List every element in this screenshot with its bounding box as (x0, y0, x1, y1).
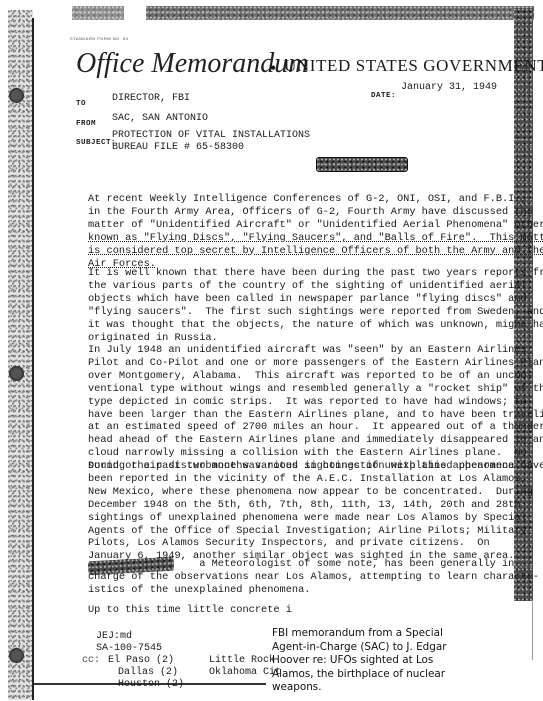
text-line: During the past two months various sight… (88, 460, 508, 473)
text-line: a Meteorologist of some note, has been g… (88, 558, 508, 571)
scan-margin (8, 10, 33, 700)
cc-item: Houston (2) (118, 679, 184, 690)
text-line: Agents of the Office of Special Investig… (88, 525, 508, 538)
paragraph-4: During the past two months various sight… (88, 460, 508, 563)
punch-hole-icon (9, 88, 24, 103)
typist-initials: JEJ:md (96, 631, 132, 642)
text-line: been reported in the vicinity of the A.E… (88, 473, 508, 486)
text-line: istics of the unexplained phenomena. (88, 584, 508, 597)
paragraph-5: a Meteorologist of some note, has been g… (88, 558, 508, 597)
text-line: in the Fourth Army Area, Officers of G-2… (88, 206, 508, 219)
paragraph-6: Up to this time little concrete i (88, 604, 508, 617)
text-line: Pilot and Co-Pilot and one or more passe… (88, 357, 508, 370)
scan-border-top (72, 6, 124, 20)
cc-label: cc: (82, 655, 100, 666)
text-line: is considered top secret by Intelligence… (88, 245, 508, 258)
date-value: January 31, 1949 (401, 82, 497, 93)
text-line: "flying saucers". The first such sightin… (88, 306, 508, 319)
file-reference: SA-100-7545 (96, 643, 162, 654)
text-line: the various parts of the country of the … (88, 280, 508, 293)
text-line: sightings of unexplained phenomena were … (88, 512, 508, 525)
text-line: matter of "Unidentified Aircraft" or "Un… (88, 219, 508, 232)
punch-hole-icon (9, 366, 24, 381)
punch-hole-icon (9, 648, 24, 663)
text-line: cloud narrowly missing a collision with … (88, 447, 508, 460)
text-line: At recent Weekly Intelligence Conference… (88, 193, 508, 206)
issuer: UNITED STATES GOVERNMENT (284, 56, 543, 76)
text-line: originated in Russia. (88, 332, 508, 345)
paragraph-1: At recent Weekly Intelligence Conference… (88, 193, 508, 270)
text-line: known as "Flying Discs", "Flying Saucers… (88, 232, 508, 245)
subject-label: SUBJECT: (76, 139, 116, 147)
cc-item: El Paso (2) (108, 655, 174, 666)
cc-item: Dallas (2) (118, 667, 178, 678)
text-line: objects which have been called in newspa… (88, 293, 508, 306)
paragraph-2: It is well known that there have been du… (88, 267, 508, 344)
cc-item: Oklahoma Cit (209, 667, 281, 678)
text-line: head ahead of the Eastern Airlines plane… (88, 434, 508, 447)
text-line: ventional type without wings and resembl… (88, 383, 508, 396)
text-line: type depicted in comic strips. It was re… (88, 396, 508, 409)
page-edge (32, 18, 34, 700)
from-label: FROM (76, 120, 96, 128)
text-line: Pilots, Los Alamos Security Inspectors, … (88, 537, 508, 550)
subject-line-2: BUREAU FILE # 65-58300 (112, 142, 244, 153)
paragraph-3: In July 1948 an unidentified aircraft wa… (88, 344, 508, 473)
from-value: SAC, SAN ANTONIO (112, 113, 208, 124)
text-line: New Mexico, where these phenomena now ap… (88, 486, 508, 499)
text-line: have been larger than the Eastern Airlin… (88, 409, 508, 422)
image-caption: FBI memorandum from a Special Agent-in-C… (272, 627, 472, 695)
text-line: at an estimated speed of 2700 miles an h… (88, 421, 508, 434)
to-value: DIRECTOR, FBI (112, 93, 190, 104)
text-line: In July 1948 an unidentified aircraft wa… (88, 344, 508, 357)
subject-line-1: PROTECTION OF VITAL INSTALLATIONS (112, 130, 310, 141)
date-label: DATE: (371, 92, 396, 100)
text-line: it was thought that the objects, the nat… (88, 319, 508, 332)
text-line: It is well known that there have been du… (88, 267, 508, 280)
to-label: TO (76, 100, 86, 108)
text-line: charge of the observations near Los Alam… (88, 571, 508, 584)
title-separator: • (270, 58, 276, 79)
form-number: STANDARD FORM NO. 64 (70, 36, 128, 41)
text-line: December 1948 on the 5th, 6th, 7th, 8th,… (88, 499, 508, 512)
page-edge (532, 600, 533, 660)
cc-item: Little Rock (209, 655, 275, 666)
text-line: over Montgomery, Alabama. This aircraft … (88, 370, 508, 383)
redaction-bar (316, 157, 408, 172)
scan-border-top (146, 6, 534, 20)
